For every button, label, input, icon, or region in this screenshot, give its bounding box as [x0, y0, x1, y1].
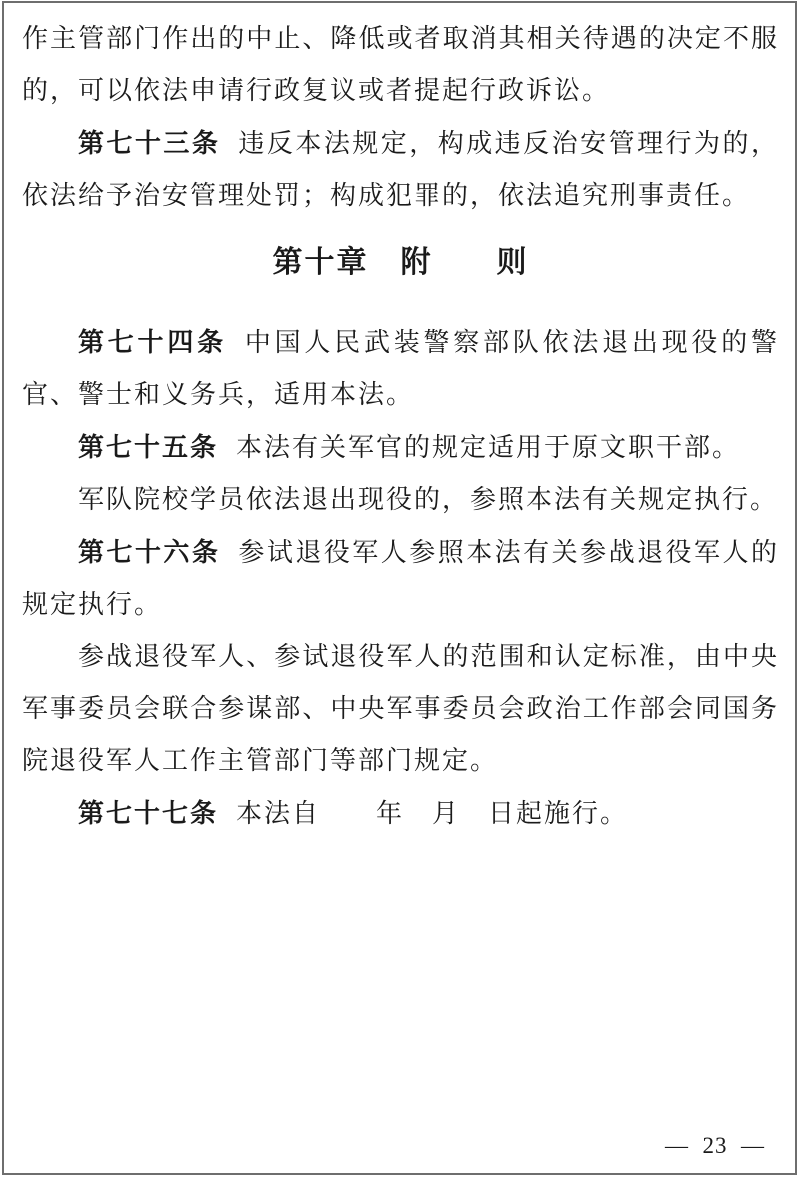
chapter-heading: 第十章 附 则	[22, 237, 779, 289]
body-paragraph: 军队院校学员依法退出现役的，参照本法有关规定执行。	[22, 474, 779, 526]
article-number-label: 第七十五条	[78, 432, 218, 462]
continuation-paragraph: 作主管部门作出的中止、降低或者取消其相关待遇的决定不服的，可以依法申请行政复议或…	[22, 13, 779, 117]
article-paragraph-74: 第七十四条中国人民武装警察部队依法退出现役的警官、警士和义务兵，适用本法。	[22, 316, 779, 421]
article-paragraph-73: 第七十三条违反本法规定，构成违反治安管理行为的，依法给予治安管理处罚；构成犯罪的…	[22, 117, 779, 222]
article-paragraph-77: 第七十七条本法自 年 月 日起施行。	[22, 787, 779, 840]
page-body: 作主管部门作出的中止、降低或者取消其相关待遇的决定不服的，可以依法申请行政复议或…	[22, 13, 779, 840]
body-paragraph: 参战退役军人、参试退役军人的范围和认定标准，由中央军事委员会联合参谋部、中央军事…	[22, 631, 779, 787]
article-number-label: 第七十七条	[78, 798, 218, 828]
article-paragraph-75: 第七十五条本法有关军官的规定适用于原文职干部。	[22, 421, 779, 474]
page-number: — 23 —	[665, 1133, 765, 1158]
document-page: 作主管部门作出的中止、降低或者取消其相关待遇的决定不服的，可以依法申请行政复议或…	[2, 1, 797, 1175]
article-paragraph-76: 第七十六条参试退役军人参照本法有关参战退役军人的规定执行。	[22, 526, 779, 631]
article-text: 本法有关军官的规定适用于原文职干部。	[236, 433, 740, 462]
article-number-label: 第七十四条	[78, 327, 227, 357]
article-number-label: 第七十六条	[78, 537, 220, 567]
article-text: 本法自 年 月 日起施行。	[236, 799, 628, 828]
page-footer: — 23 —	[665, 1133, 765, 1159]
article-number-label: 第七十三条	[78, 128, 220, 158]
